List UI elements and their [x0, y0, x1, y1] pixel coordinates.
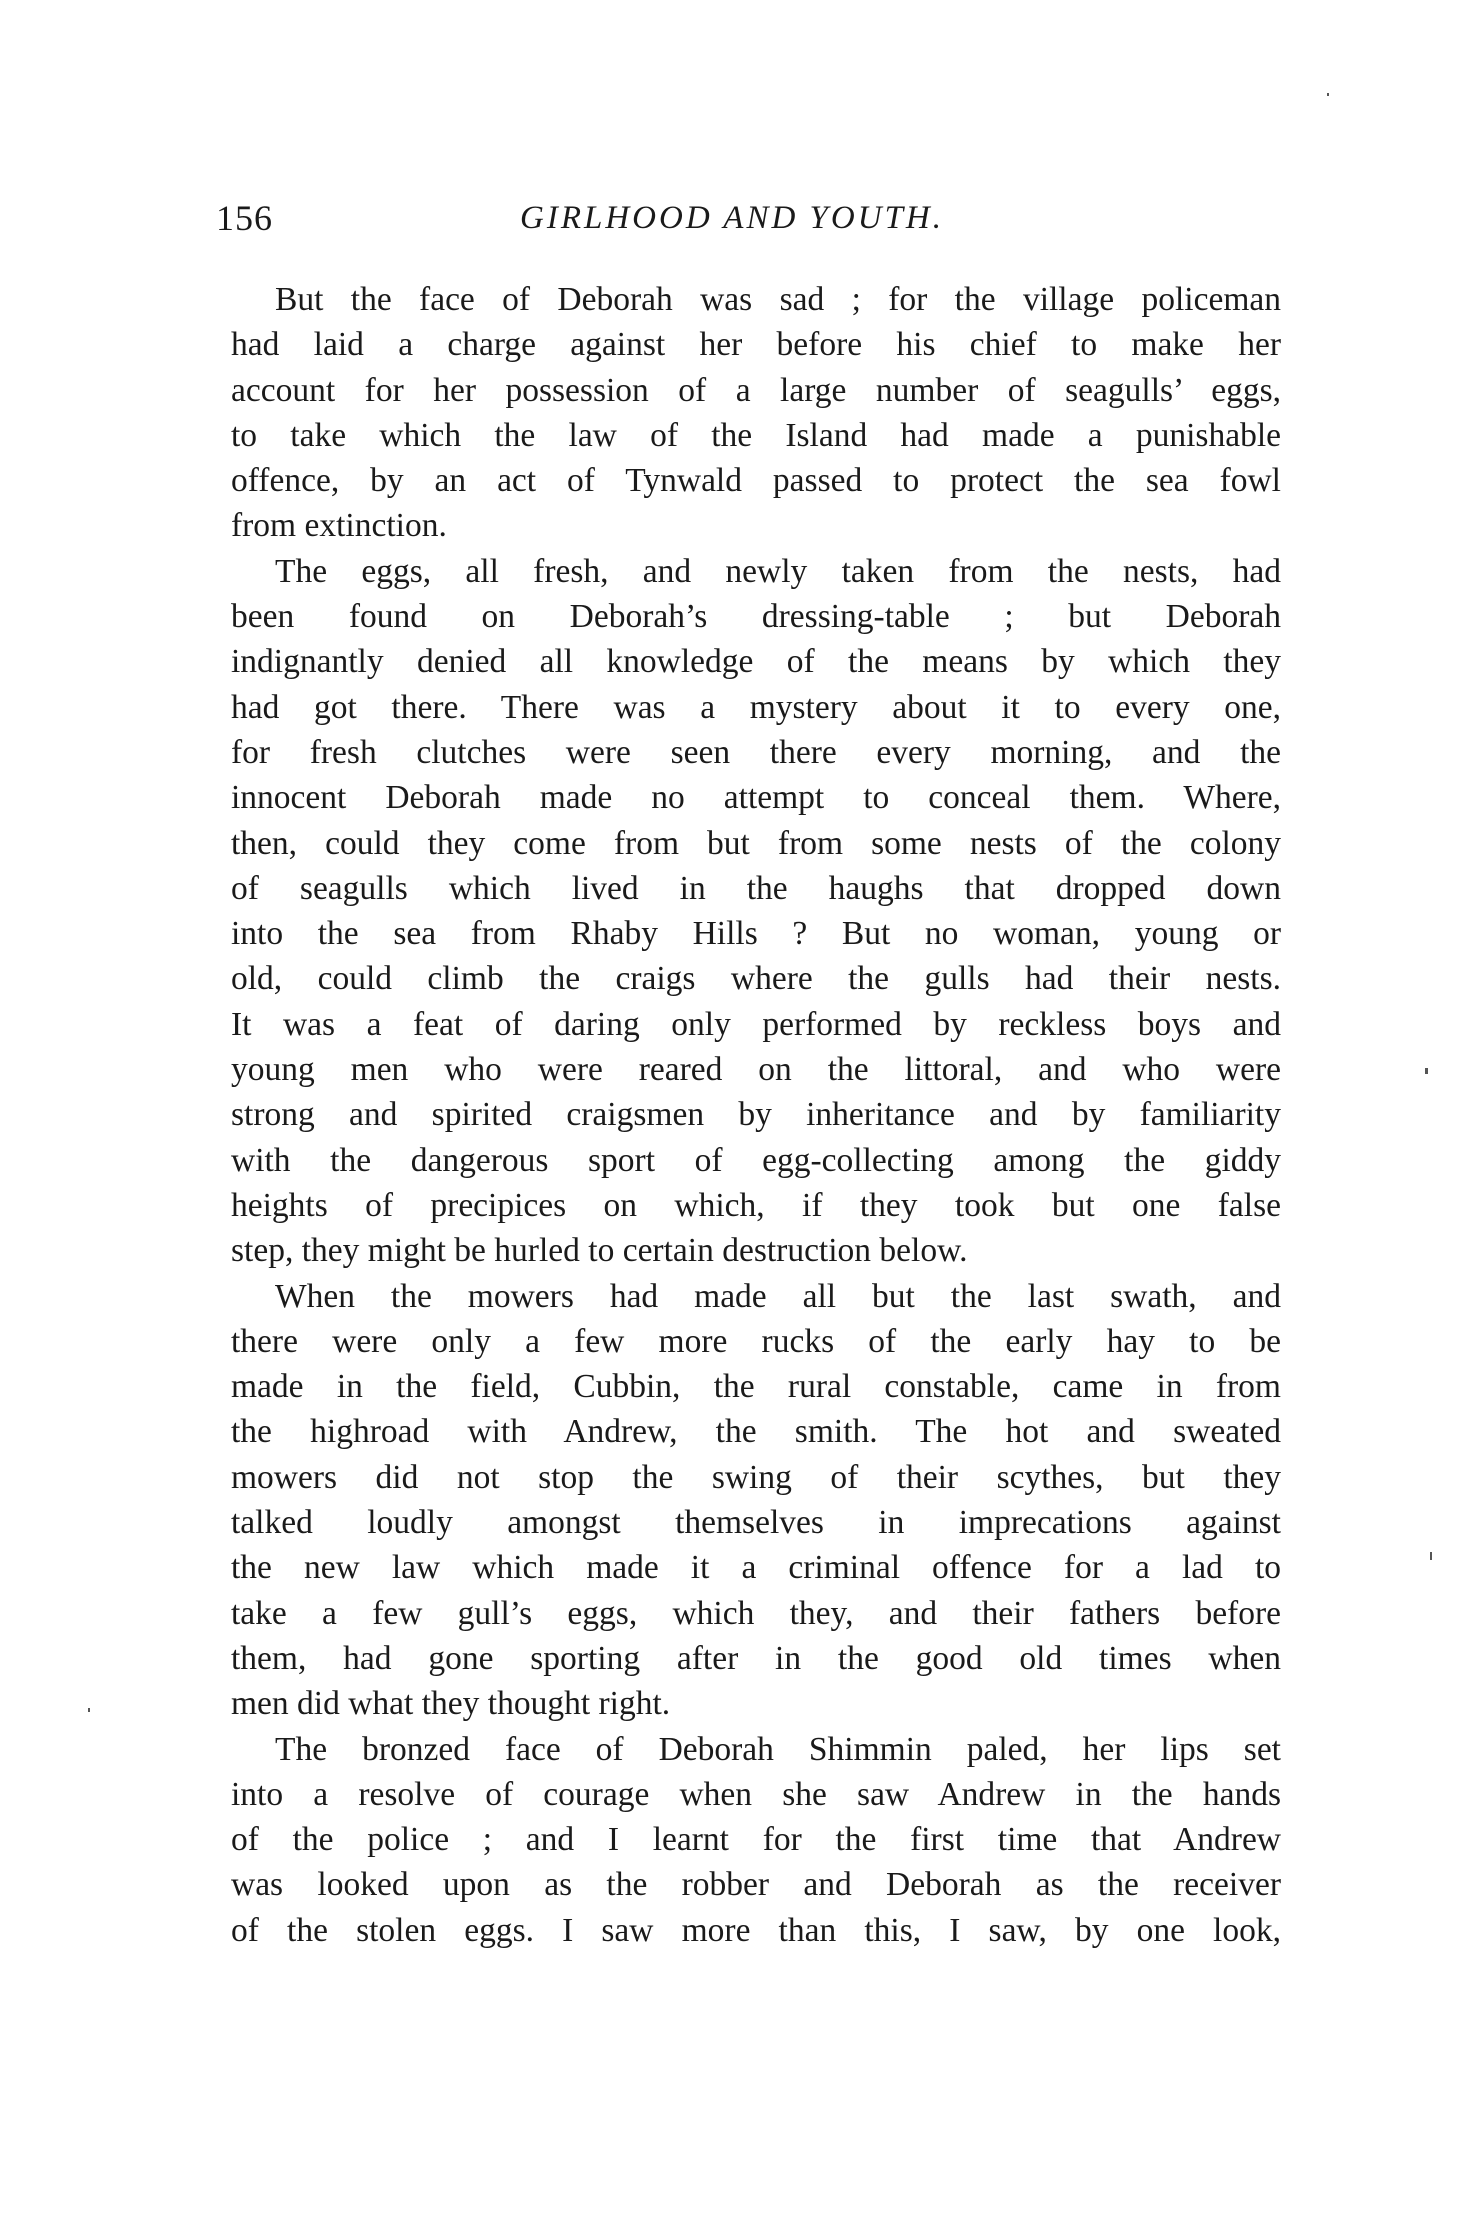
text-line: had laid a charge against her before his…: [231, 322, 1281, 367]
text-line: mowers did not stop the swing of their s…: [231, 1455, 1281, 1500]
page-number: 156: [216, 196, 273, 240]
text-line: was looked upon as the robber and Debora…: [231, 1862, 1281, 1907]
text-line: of seagulls which lived in the haughs th…: [231, 866, 1281, 911]
text-line: It was a feat of daring only performed b…: [231, 1002, 1281, 1047]
text-line: the new law which made it a criminal off…: [231, 1545, 1281, 1590]
text-line: then, could they come from but from some…: [231, 821, 1281, 866]
paragraph: But the face of Deborah was sad ; for th…: [231, 277, 1281, 549]
text-line: for fresh clutches were seen there every…: [231, 730, 1281, 775]
text-line: step, they might be hurled to certain de…: [231, 1228, 1281, 1273]
text-line: heights of precipices on which, if they …: [231, 1183, 1281, 1228]
body-text: But the face of Deborah was sad ; for th…: [231, 277, 1281, 1953]
text-line: been found on Deborah’s dressing-table ;…: [231, 594, 1281, 639]
text-line: offence, by an act of Tynwald passed to …: [231, 458, 1281, 503]
text-line: young men who were reared on the littora…: [231, 1047, 1281, 1092]
text-line: from extinction.: [231, 503, 1281, 548]
paragraph: The bronzed face of Deborah Shimmin pale…: [231, 1727, 1281, 1953]
text-line: account for her possession of a large nu…: [231, 368, 1281, 413]
text-line: made in the field, Cubbin, the rural con…: [231, 1364, 1281, 1409]
text-line: innocent Deborah made no attempt to conc…: [231, 775, 1281, 820]
scan-speck: [1327, 93, 1329, 96]
text-line: of the stolen eggs. I saw more than this…: [231, 1908, 1281, 1953]
text-line: into the sea from Rhaby Hills ? But no w…: [231, 911, 1281, 956]
text-line: old, could climb the craigs where the gu…: [231, 956, 1281, 1001]
text-line: indignantly denied all knowledge of the …: [231, 639, 1281, 684]
text-line: The eggs, all fresh, and newly taken fro…: [231, 549, 1281, 594]
running-head: 156 GIRLHOOD AND YOUTH.: [216, 196, 1280, 240]
text-line: When the mowers had made all but the las…: [231, 1274, 1281, 1319]
paragraph: The eggs, all fresh, and newly taken fro…: [231, 549, 1281, 1274]
text-line: talked loudly amongst themselves in impr…: [231, 1500, 1281, 1545]
paragraph: When the mowers had made all but the las…: [231, 1274, 1281, 1727]
text-line: the highroad with Andrew, the smith. The…: [231, 1409, 1281, 1454]
text-line: take a few gull’s eggs, which they, and …: [231, 1591, 1281, 1636]
scan-speck: [1425, 1068, 1428, 1074]
text-line: to take which the law of the Island had …: [231, 413, 1281, 458]
scan-speck: [1430, 1552, 1432, 1560]
text-line: The bronzed face of Deborah Shimmin pale…: [231, 1727, 1281, 1772]
text-line: men did what they thought right.: [231, 1681, 1281, 1726]
text-line: of the police ; and I learnt for the fir…: [231, 1817, 1281, 1862]
book-page: 156 GIRLHOOD AND YOUTH. But the face of …: [0, 0, 1463, 2227]
scan-speck: [88, 1708, 90, 1712]
text-line: into a resolve of courage when she saw A…: [231, 1772, 1281, 1817]
text-line: them, had gone sporting after in the goo…: [231, 1636, 1281, 1681]
running-title: GIRLHOOD AND YOUTH.: [520, 196, 944, 240]
text-line: But the face of Deborah was sad ; for th…: [231, 277, 1281, 322]
text-line: strong and spirited craigsmen by inherit…: [231, 1092, 1281, 1137]
text-line: with the dangerous sport of egg-collecti…: [231, 1138, 1281, 1183]
text-line: had got there. There was a mystery about…: [231, 685, 1281, 730]
text-line: there were only a few more rucks of the …: [231, 1319, 1281, 1364]
